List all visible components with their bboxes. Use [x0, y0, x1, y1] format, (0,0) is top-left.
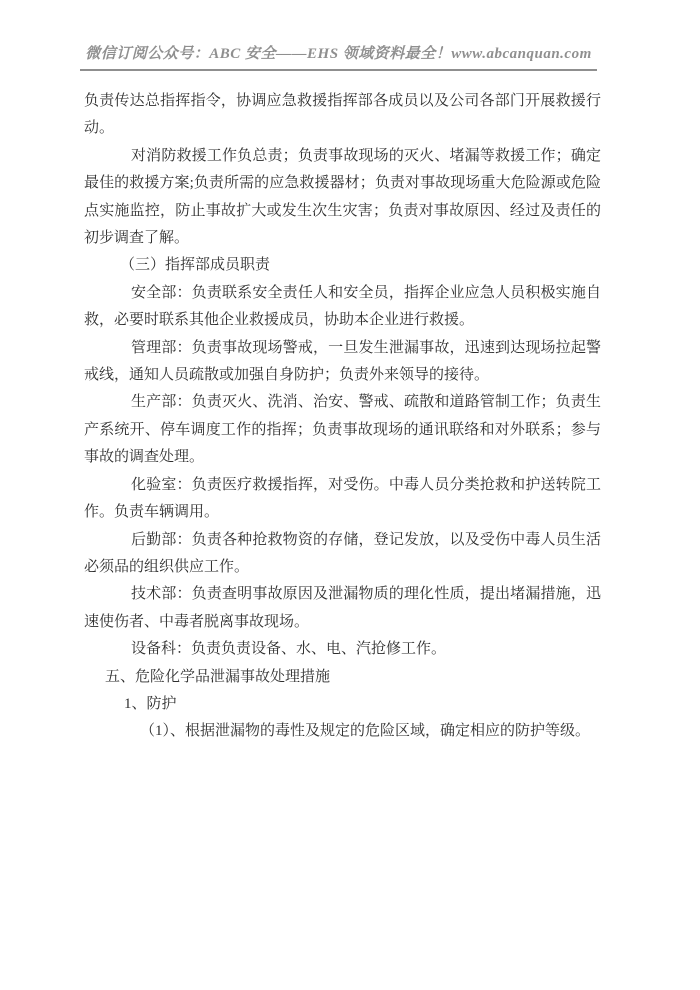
heading-section-five-leak-measures: 五、危险化学品泄漏事故处理措施 [84, 664, 601, 691]
para-production-dept: 生产部：负责灭火、洗消、治安、警戒、疏散和道路管制工作；负责生产系统开、停车调度… [84, 389, 601, 471]
para-safety-dept: 安全部：负责联系安全责任人和安全员，指挥企业应急人员积极实施自救，必要时联系其他… [84, 280, 601, 335]
heading-protection: 1、防护 [84, 691, 601, 718]
para-continuation-command-relay: 负责传达总指挥指令，协调应急救援指挥部各成员以及公司各部门开展救援行动。 [84, 88, 601, 143]
para-logistics-dept: 后勤部：负责各种抢救物资的存储，登记发放，以及受伤中毒人员生活必须品的组织供应工… [84, 527, 601, 582]
header-banner: 微信订阅公众号：ABC 安全——EHS 领域资料最全！www.abcanquan… [80, 44, 597, 71]
heading-command-members-duties: （三）指挥部成员职责 [84, 252, 601, 279]
para-technical-dept: 技术部：负责查明事故原因及泄漏物质的理化性质，提出堵漏措施，迅速使伤者、中毒者脱… [84, 581, 601, 636]
header-banner-text: 微信订阅公众号：ABC 安全——EHS 领域资料最全！www.abcanquan… [85, 46, 592, 62]
document-page: 微信订阅公众号：ABC 安全——EHS 领域资料最全！www.abcanquan… [0, 0, 700, 990]
document-body: 负责传达总指挥指令，协调应急救援指挥部各成员以及公司各部门开展救援行动。 对消防… [84, 88, 601, 746]
para-protection-level: （1）、根据泄漏物的毒性及规定的危险区域，确定相应的防护等级。 [84, 718, 601, 745]
para-management-dept: 管理部：负责事故现场警戒，一旦发生泄漏事故，迅速到达现场拉起警戒线，通知人员疏散… [84, 335, 601, 390]
para-equipment-section: 设备科：负责负责设备、水、电、汽抢修工作。 [84, 636, 601, 663]
para-fire-rescue-duties: 对消防救援工作负总责；负责事故现场的灭火、堵漏等救援工作；确定最佳的救援方案;负… [84, 143, 601, 253]
para-laboratory: 化验室：负责医疗救援指挥，对受伤。中毒人员分类抢救和护送转院工作。负责车辆调用。 [84, 472, 601, 527]
